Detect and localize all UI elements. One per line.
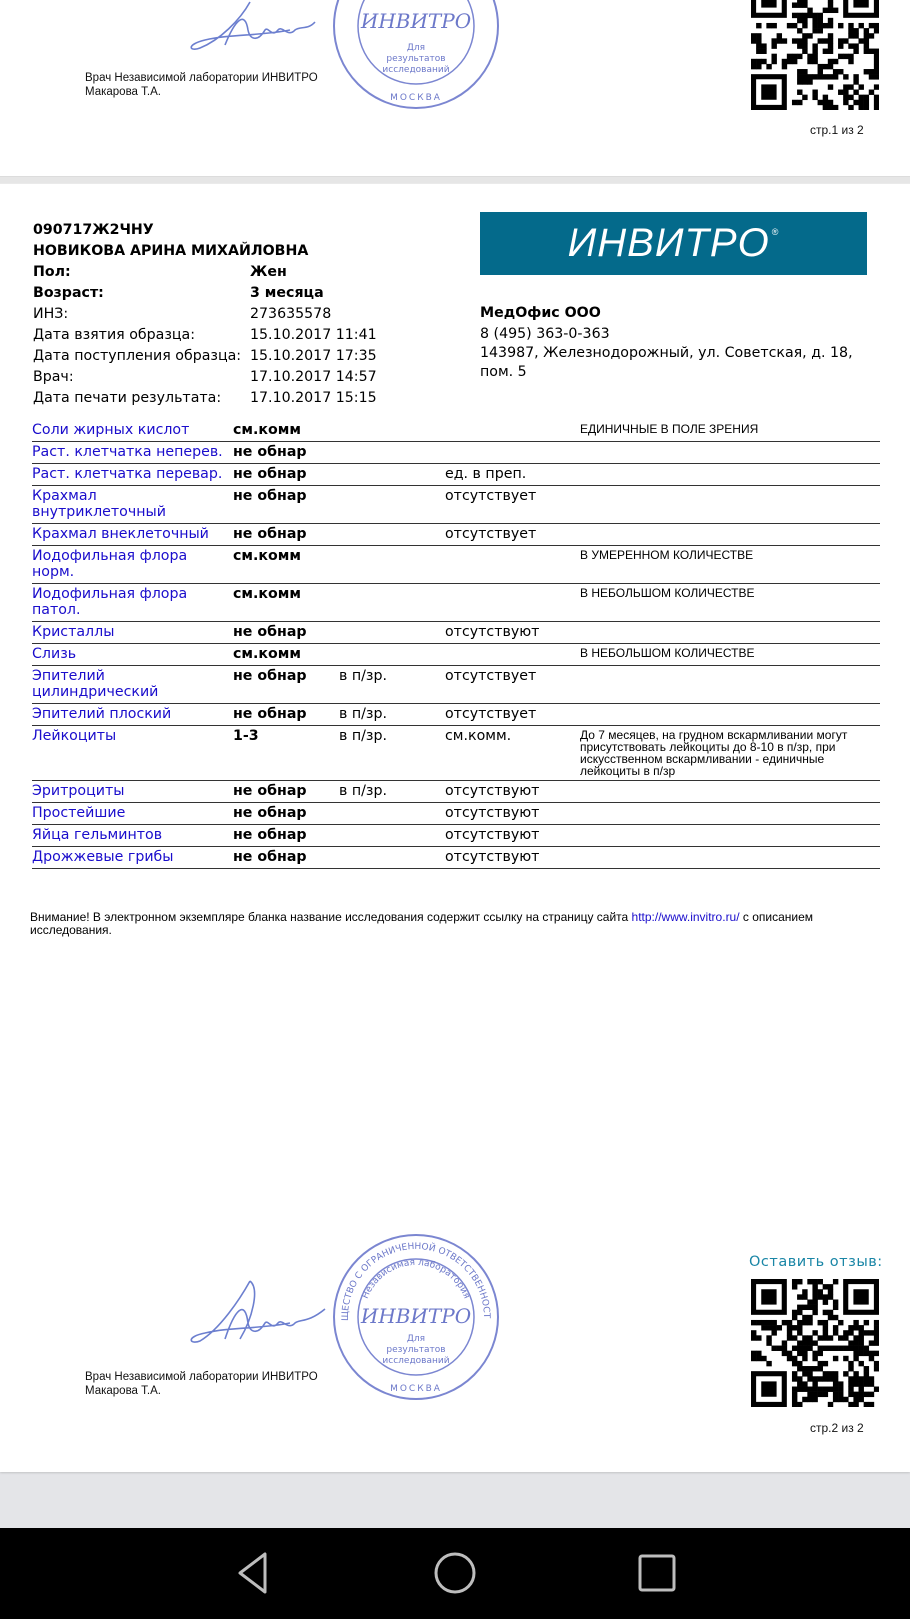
test-name-link[interactable]: Эритроциты [32, 783, 233, 799]
test-value: не обнар [233, 526, 339, 542]
page-number: стр.1 из 2 [810, 123, 864, 137]
back-icon [233, 1551, 273, 1595]
field-label: ИНЗ: [33, 304, 250, 325]
test-unit: в п/зр. [339, 668, 445, 700]
test-unit [339, 586, 445, 618]
test-value: не обнар [233, 488, 339, 520]
test-value: см.комм [233, 586, 339, 618]
svg-text:Для: Для [407, 1334, 425, 1344]
stamp-icon: ИНВИТРО Для результатов исследований МОС… [330, 0, 502, 112]
field-value: 273635578 [250, 304, 331, 325]
test-value: см.комм [233, 548, 339, 580]
field-value: 15.10.2017 17:35 [250, 346, 377, 367]
page-number: стр.2 из 2 [810, 1421, 864, 1435]
test-reference [445, 586, 580, 618]
test-unit [339, 827, 445, 843]
org-phone: 8 (495) 363-0-363 [480, 325, 880, 344]
home-button[interactable] [425, 1548, 485, 1598]
test-reference: отсутствуют [445, 827, 580, 843]
test-value: не обнар [233, 466, 339, 482]
test-comment: До 7 месяцев, на грудном вскармливании м… [580, 728, 880, 777]
svg-text:МОСКВА: МОСКВА [390, 93, 442, 103]
notice-text: Внимание! В электронном экземпляре бланк… [30, 911, 880, 937]
test-unit [339, 422, 445, 438]
test-reference: отсутствуют [445, 805, 580, 821]
test-unit: в п/зр. [339, 783, 445, 799]
test-reference: отсутствует [445, 668, 580, 700]
table-row: Слизьсм.коммВ НЕБОЛЬШОМ КОЛИЧЕСТВЕ [32, 644, 880, 666]
test-value: см.комм [233, 646, 339, 662]
test-unit [339, 624, 445, 640]
test-unit [339, 466, 445, 482]
table-row: Крахмал внутриклеточныйне обнаротсутству… [32, 486, 880, 524]
patient-field: Врач:17.10.2017 14:57 [33, 367, 473, 388]
field-value: 15.10.2017 11:41 [250, 325, 377, 346]
recents-button[interactable] [627, 1548, 687, 1598]
signature-icon [180, 0, 330, 60]
doctor-signature-caption: Врач Независимой лаборатории ИНВИТРО Мак… [85, 71, 318, 99]
field-label: Дата печати результата: [33, 388, 250, 409]
test-value: не обнар [233, 706, 339, 722]
test-comment [580, 444, 880, 460]
field-label: Дата взятия образца: [33, 325, 250, 346]
test-unit: в п/зр. [339, 706, 445, 722]
patient-field: Дата поступления образца:15.10.2017 17:3… [33, 346, 473, 367]
field-label: Врач: [33, 367, 250, 388]
test-name-link[interactable]: Крахмал внеклеточный [32, 526, 233, 542]
test-comment [580, 783, 880, 799]
back-button[interactable] [223, 1548, 283, 1598]
test-unit [339, 548, 445, 580]
field-label: Возраст: [33, 283, 250, 304]
doctor-title: Врач Независимой лаборатории ИНВИТРО [85, 71, 318, 85]
test-comment [580, 849, 880, 865]
svg-text:результатов: результатов [386, 1345, 445, 1355]
org-address: 143987, Железнодорожный, ул. Советская, … [480, 344, 880, 382]
test-name-link[interactable]: Раст. клетчатка перевар. [32, 466, 233, 482]
test-reference [445, 646, 580, 662]
test-reference: отсутствует [445, 488, 580, 520]
patient-field: Дата печати результата:17.10.2017 15:15 [33, 388, 473, 409]
invitro-logo: ИНВИТРО® [480, 212, 867, 275]
table-row: Эритроцитыне обнарв п/зр.отсутствуют [32, 781, 880, 803]
patient-field: Возраст:3 месяца [33, 283, 473, 304]
test-reference [445, 548, 580, 580]
test-value: см.комм [233, 422, 339, 438]
test-reference: отсутствуют [445, 849, 580, 865]
field-value: 17.10.2017 14:57 [250, 367, 377, 388]
test-comment [580, 466, 880, 482]
test-comment [580, 706, 880, 722]
svg-text:исследований: исследований [382, 1356, 449, 1366]
test-name-link[interactable]: Раст. клетчатка неперев. [32, 444, 233, 460]
recents-icon [637, 1553, 677, 1593]
test-value: не обнар [233, 849, 339, 865]
svg-text:ИНВИТРО: ИНВИТРО [360, 1304, 471, 1328]
org-name: МедОфис ООО [480, 304, 880, 323]
field-value: 3 месяца [250, 283, 324, 304]
test-name-link[interactable]: Яйца гельминтов [32, 827, 233, 843]
doctor-name: Макарова Т.А. [85, 1384, 318, 1398]
stamp-icon: ОБЩЕСТВО С ОГРАНИЧЕННОЙ ОТВЕТСТВЕННОСТЬЮ… [330, 1231, 502, 1403]
table-row: Дрожжевые грибыне обнаротсутствуют [32, 847, 880, 869]
patient-field: ИНЗ:273635578 [33, 304, 473, 325]
feedback-label: Оставить отзыв: [749, 1254, 883, 1270]
table-row: Кристаллыне обнаротсутствуют [32, 622, 880, 644]
qr-code-icon [751, 0, 879, 110]
svg-text:ИНВИТРО: ИНВИТРО [360, 9, 471, 33]
invitro-link[interactable]: http://www.invitro.ru/ [632, 910, 740, 924]
test-comment [580, 624, 880, 640]
table-row: Эпителий цилиндрическийне обнарв п/зр.от… [32, 666, 880, 704]
test-reference: отсутствуют [445, 783, 580, 799]
test-reference [445, 422, 580, 438]
svg-text:результатов: результатов [386, 54, 445, 64]
patient-info: 090717Ж2ЧНУ НОВИКОВА АРИНА МИХАЙЛОВНА По… [33, 220, 473, 409]
test-unit [339, 488, 445, 520]
field-label: Пол: [33, 262, 250, 283]
test-name-link[interactable]: Дрожжевые грибы [32, 849, 233, 865]
test-reference: отсутствует [445, 526, 580, 542]
doctor-name: Макарова Т.А. [85, 85, 318, 99]
doctor-signature-caption: Врач Независимой лаборатории ИНВИТРО Мак… [85, 1370, 318, 1398]
table-row: Простейшиене обнаротсутствуют [32, 803, 880, 825]
test-comment [580, 526, 880, 542]
registered-mark: ® [772, 227, 780, 237]
table-row: Раст. клетчатка неперев.не обнар [32, 442, 880, 464]
table-row: Раст. клетчатка перевар.не обнаред. в пр… [32, 464, 880, 486]
svg-text:исследований: исследований [382, 65, 449, 75]
page-separator [0, 176, 910, 184]
test-name-link[interactable]: Кристаллы [32, 624, 233, 640]
test-unit [339, 849, 445, 865]
test-name-link[interactable]: Лейкоциты [32, 728, 233, 777]
table-row: Эпителий плоскийне обнарв п/зр.отсутству… [32, 704, 880, 726]
test-name-link[interactable]: Иодофильная флора патол. [32, 586, 233, 618]
test-unit [339, 444, 445, 460]
field-value: Жен [250, 262, 287, 283]
test-comment [580, 827, 880, 843]
test-name-link[interactable]: Эпителий цилиндрический [32, 668, 233, 700]
svg-text:Для: Для [407, 43, 425, 53]
test-comment: В НЕБОЛЬШОМ КОЛИЧЕСТВЕ [580, 586, 880, 618]
test-name-link[interactable]: Слизь [32, 646, 233, 662]
svg-text:МОСКВА: МОСКВА [390, 1384, 442, 1394]
test-reference: отсутствуют [445, 624, 580, 640]
test-comment [580, 668, 880, 700]
table-row: Лейкоциты1-3в п/зр.см.комм.До 7 месяцев,… [32, 726, 880, 781]
patient-field: Дата взятия образца:15.10.2017 11:41 [33, 325, 473, 346]
test-value: не обнар [233, 668, 339, 700]
test-name-link[interactable]: Иодофильная флора норм. [32, 548, 233, 580]
table-row: Соли жирных кислотсм.коммЕДИНИЧНЫЕ В ПОЛ… [32, 420, 880, 442]
organization-info: МедОфис ООО 8 (495) 363-0-363 143987, Же… [480, 304, 880, 382]
test-value: не обнар [233, 827, 339, 843]
patient-field: Пол:Жен [33, 262, 473, 283]
field-label: Дата поступления образца: [33, 346, 250, 367]
test-comment [580, 488, 880, 520]
navigation-bar [0, 1528, 910, 1619]
test-name-link[interactable]: Простейшие [32, 805, 233, 821]
table-row: Крахмал внеклеточныйне обнаротсутствует [32, 524, 880, 546]
notice-before: Внимание! В электронном экземпляре бланк… [30, 910, 632, 924]
test-unit [339, 526, 445, 542]
test-unit [339, 646, 445, 662]
qr-code-icon[interactable] [751, 1279, 879, 1407]
test-value: 1-3 [233, 728, 339, 777]
table-row: Иодофильная флора патол.см.коммВ НЕБОЛЬШ… [32, 584, 880, 622]
test-reference: ед. в преп. [445, 466, 580, 482]
test-comment: В УМЕРЕННОМ КОЛИЧЕСТВЕ [580, 548, 880, 580]
table-row: Иодофильная флора норм.см.коммВ УМЕРЕННО… [32, 546, 880, 584]
field-value: 17.10.2017 15:15 [250, 388, 377, 409]
signature-icon [180, 1279, 330, 1359]
order-code: 090717Ж2ЧНУ [33, 220, 473, 241]
patient-name: НОВИКОВА АРИНА МИХАЙЛОВНА [33, 241, 473, 262]
home-icon [433, 1551, 477, 1595]
test-value: не обнар [233, 805, 339, 821]
test-reference: см.комм. [445, 728, 580, 777]
document-page-2: 090717Ж2ЧНУ НОВИКОВА АРИНА МИХАЙЛОВНА По… [0, 184, 910, 1472]
test-value: не обнар [233, 444, 339, 460]
table-row: Яйца гельминтовне обнаротсутствуют [32, 825, 880, 847]
test-reference: отсутствует [445, 706, 580, 722]
doctor-title: Врач Независимой лаборатории ИНВИТРО [85, 1370, 318, 1384]
test-comment: В НЕБОЛЬШОМ КОЛИЧЕСТВЕ [580, 646, 880, 662]
test-value: не обнар [233, 783, 339, 799]
test-name-link[interactable]: Крахмал внутриклеточный [32, 488, 233, 520]
test-reference [445, 444, 580, 460]
test-unit [339, 805, 445, 821]
test-value: не обнар [233, 624, 339, 640]
logo-text: ИНВИТРО [568, 221, 770, 266]
test-name-link[interactable]: Соли жирных кислот [32, 422, 233, 438]
test-name-link[interactable]: Эпителий плоский [32, 706, 233, 722]
test-comment: ЕДИНИЧНЫЕ В ПОЛЕ ЗРЕНИЯ [580, 422, 880, 438]
test-unit: в п/зр. [339, 728, 445, 777]
results-table: Соли жирных кислотсм.коммЕДИНИЧНЫЕ В ПОЛ… [32, 420, 880, 869]
test-comment [580, 805, 880, 821]
document-page-1: Врач Независимой лаборатории ИНВИТРО Мак… [0, 0, 910, 176]
